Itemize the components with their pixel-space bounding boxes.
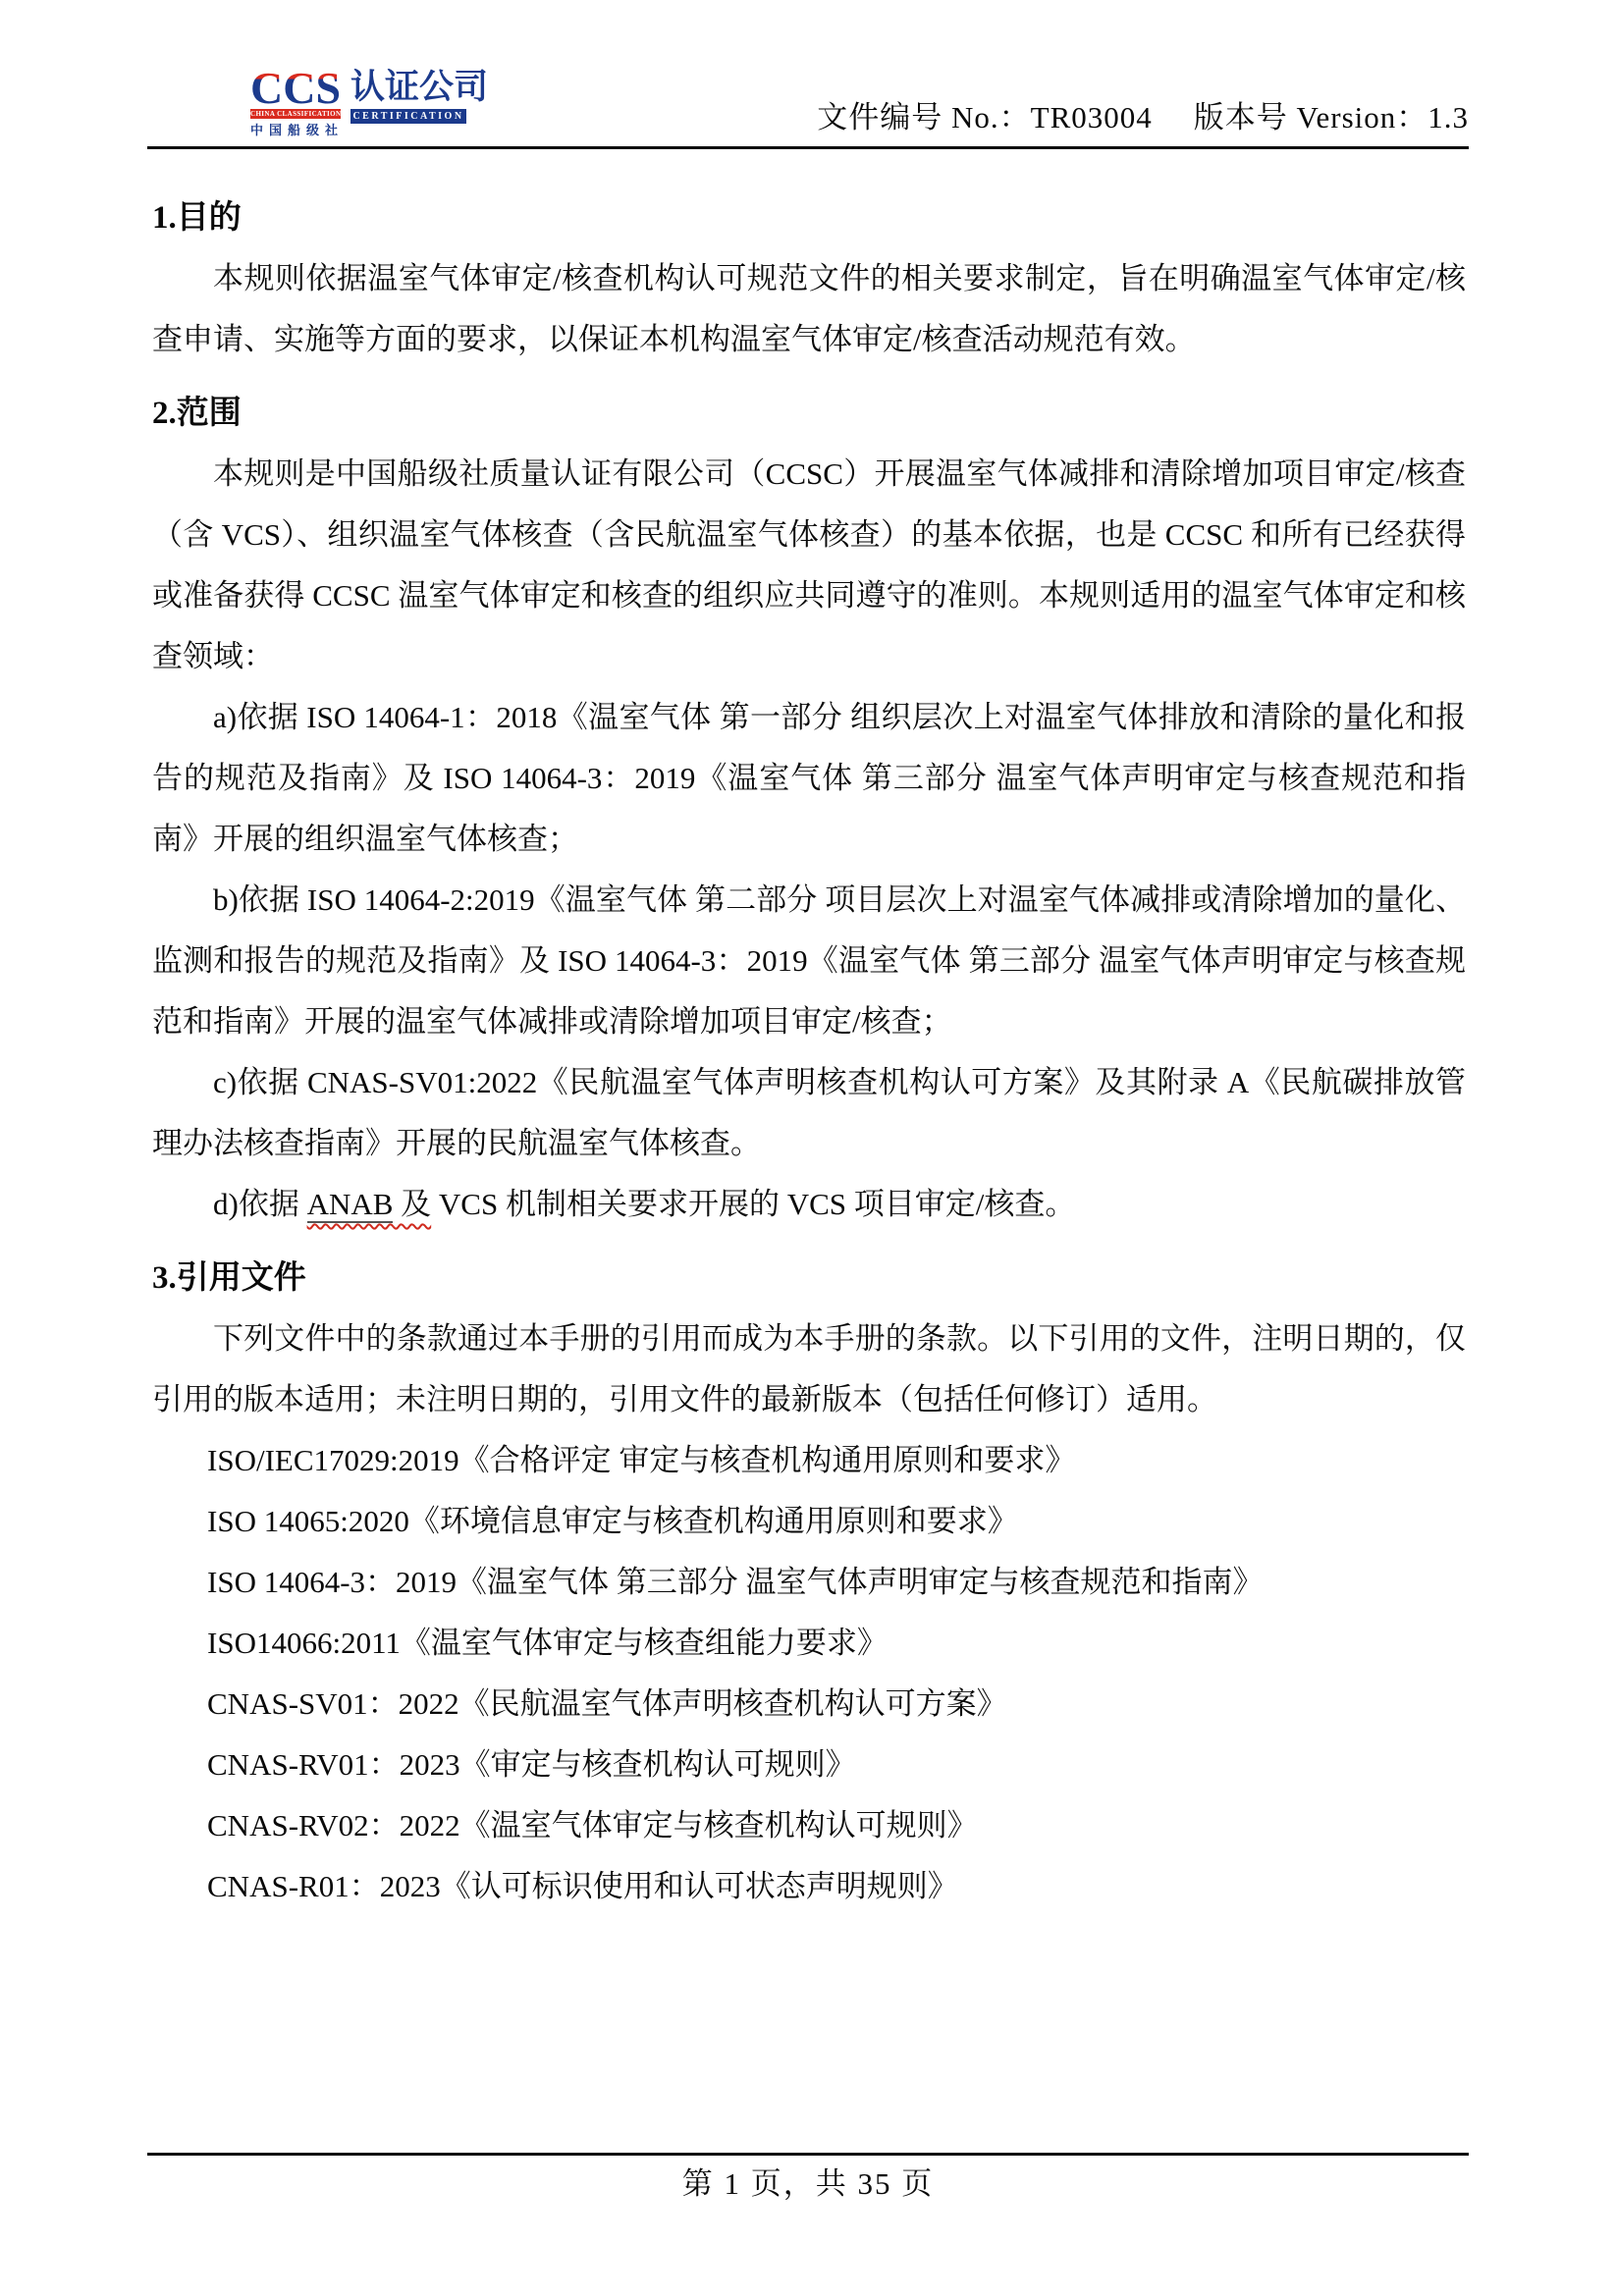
item-d-anab: ANAB [307, 1187, 394, 1223]
reference-line: CNAS-RV01：2023《审定与核查机构认可规则》 [152, 1735, 1466, 1795]
section-1-title: 1.目的 [152, 187, 1466, 248]
document-page: CCS CHINA CLASSIFICATION SOCIETY 中国船级社 认… [0, 0, 1616, 2296]
item-d-mid: 及 [393, 1187, 431, 1221]
section-2-paragraph: 本规则是中国船级社质量认证有限公司（CCSC）开展温室气体减排和清除增加项目审定… [152, 444, 1466, 687]
section-2-item-c: c)依据 CNAS-SV01:2022《民航温室气体声明核查机构认可方案》及其附… [152, 1052, 1466, 1174]
section-3-title: 3.引用文件 [152, 1248, 1466, 1308]
ccs-logo: CCS CHINA CLASSIFICATION SOCIETY 中国船级社 认… [250, 69, 466, 138]
ccs-logo-society-en: CHINA CLASSIFICATION SOCIETY [250, 109, 341, 119]
reference-line: CNAS-R01：2023《认可标识使用和认可状态声明规则》 [152, 1856, 1466, 1917]
item-d-spellcheck-underline: ANAB 及 [307, 1187, 432, 1223]
section-2-item-b: b)依据 ISO 14064-2:2019《温室气体 第二部分 项目层次上对温室… [152, 870, 1466, 1052]
reference-line: ISO/IEC17029:2019《合格评定 审定与核查机构通用原则和要求》 [152, 1430, 1466, 1491]
section-2-item-d: d)依据 ANAB 及 VCS 机制相关要求开展的 VCS 项目审定/核查。 [152, 1174, 1466, 1235]
section-2-item-a: a)依据 ISO 14064-1：2018《温室气体 第一部分 组织层次上对温室… [152, 687, 1466, 870]
page-header: CCS CHINA CLASSIFICATION SOCIETY 中国船级社 认… [147, 49, 1469, 149]
section-2-title: 2.范围 [152, 383, 1466, 444]
document-body: 1.目的 本规则依据温室气体审定/核查机构认可规范文件的相关要求制定，旨在明确温… [152, 175, 1466, 1917]
reference-line: ISO14066:2011《温室气体审定与核查组能力要求》 [152, 1613, 1466, 1674]
ccs-logo-right: 认证公司 CERTIFICATION [350, 69, 466, 124]
reference-line: CNAS-RV02：2022《温室气体审定与核查机构认可规则》 [152, 1795, 1466, 1856]
item-d-prefix: d)依据 [213, 1187, 307, 1221]
document-meta: 文件编号 No.：TR03004版本号 Version：1.3 [817, 92, 1469, 138]
page-footer: 第 1 页，共 35 页 [147, 2153, 1469, 2213]
item-d-suffix: VCS 机制相关要求开展的 VCS 项目审定/核查。 [431, 1187, 1075, 1221]
reference-line: CNAS-SV01：2022《民航温室气体声明核查机构认可方案》 [152, 1674, 1466, 1735]
document-number: 文件编号 No.：TR03004 [817, 100, 1153, 134]
ccs-logo-left: CCS CHINA CLASSIFICATION SOCIETY 中国船级社 [250, 69, 341, 138]
reference-line: ISO 14065:2020《环境信息审定与核查机构通用原则和要求》 [152, 1491, 1466, 1552]
ccs-logo-certification: CERTIFICATION [350, 109, 466, 124]
section-1-paragraph: 本规则依据温室气体审定/核查机构认可规范文件的相关要求制定，旨在明确温室气体审定… [152, 248, 1466, 370]
ccs-logo-society-cn: 中国船级社 [250, 120, 341, 138]
ccs-logo-letters: CCS [250, 69, 341, 108]
reference-line: ISO 14064-3：2019《温室气体 第三部分 温室气体声明审定与核查规范… [152, 1552, 1466, 1613]
ccs-logo-company-name: 认证公司 [350, 69, 466, 106]
page-number: 第 1 页，共 35 页 [147, 2156, 1469, 2213]
document-version: 版本号 Version：1.3 [1194, 100, 1469, 134]
section-3-paragraph: 下列文件中的条款通过本手册的引用而成为本手册的条款。以下引用的文件，注明日期的，… [152, 1308, 1466, 1430]
